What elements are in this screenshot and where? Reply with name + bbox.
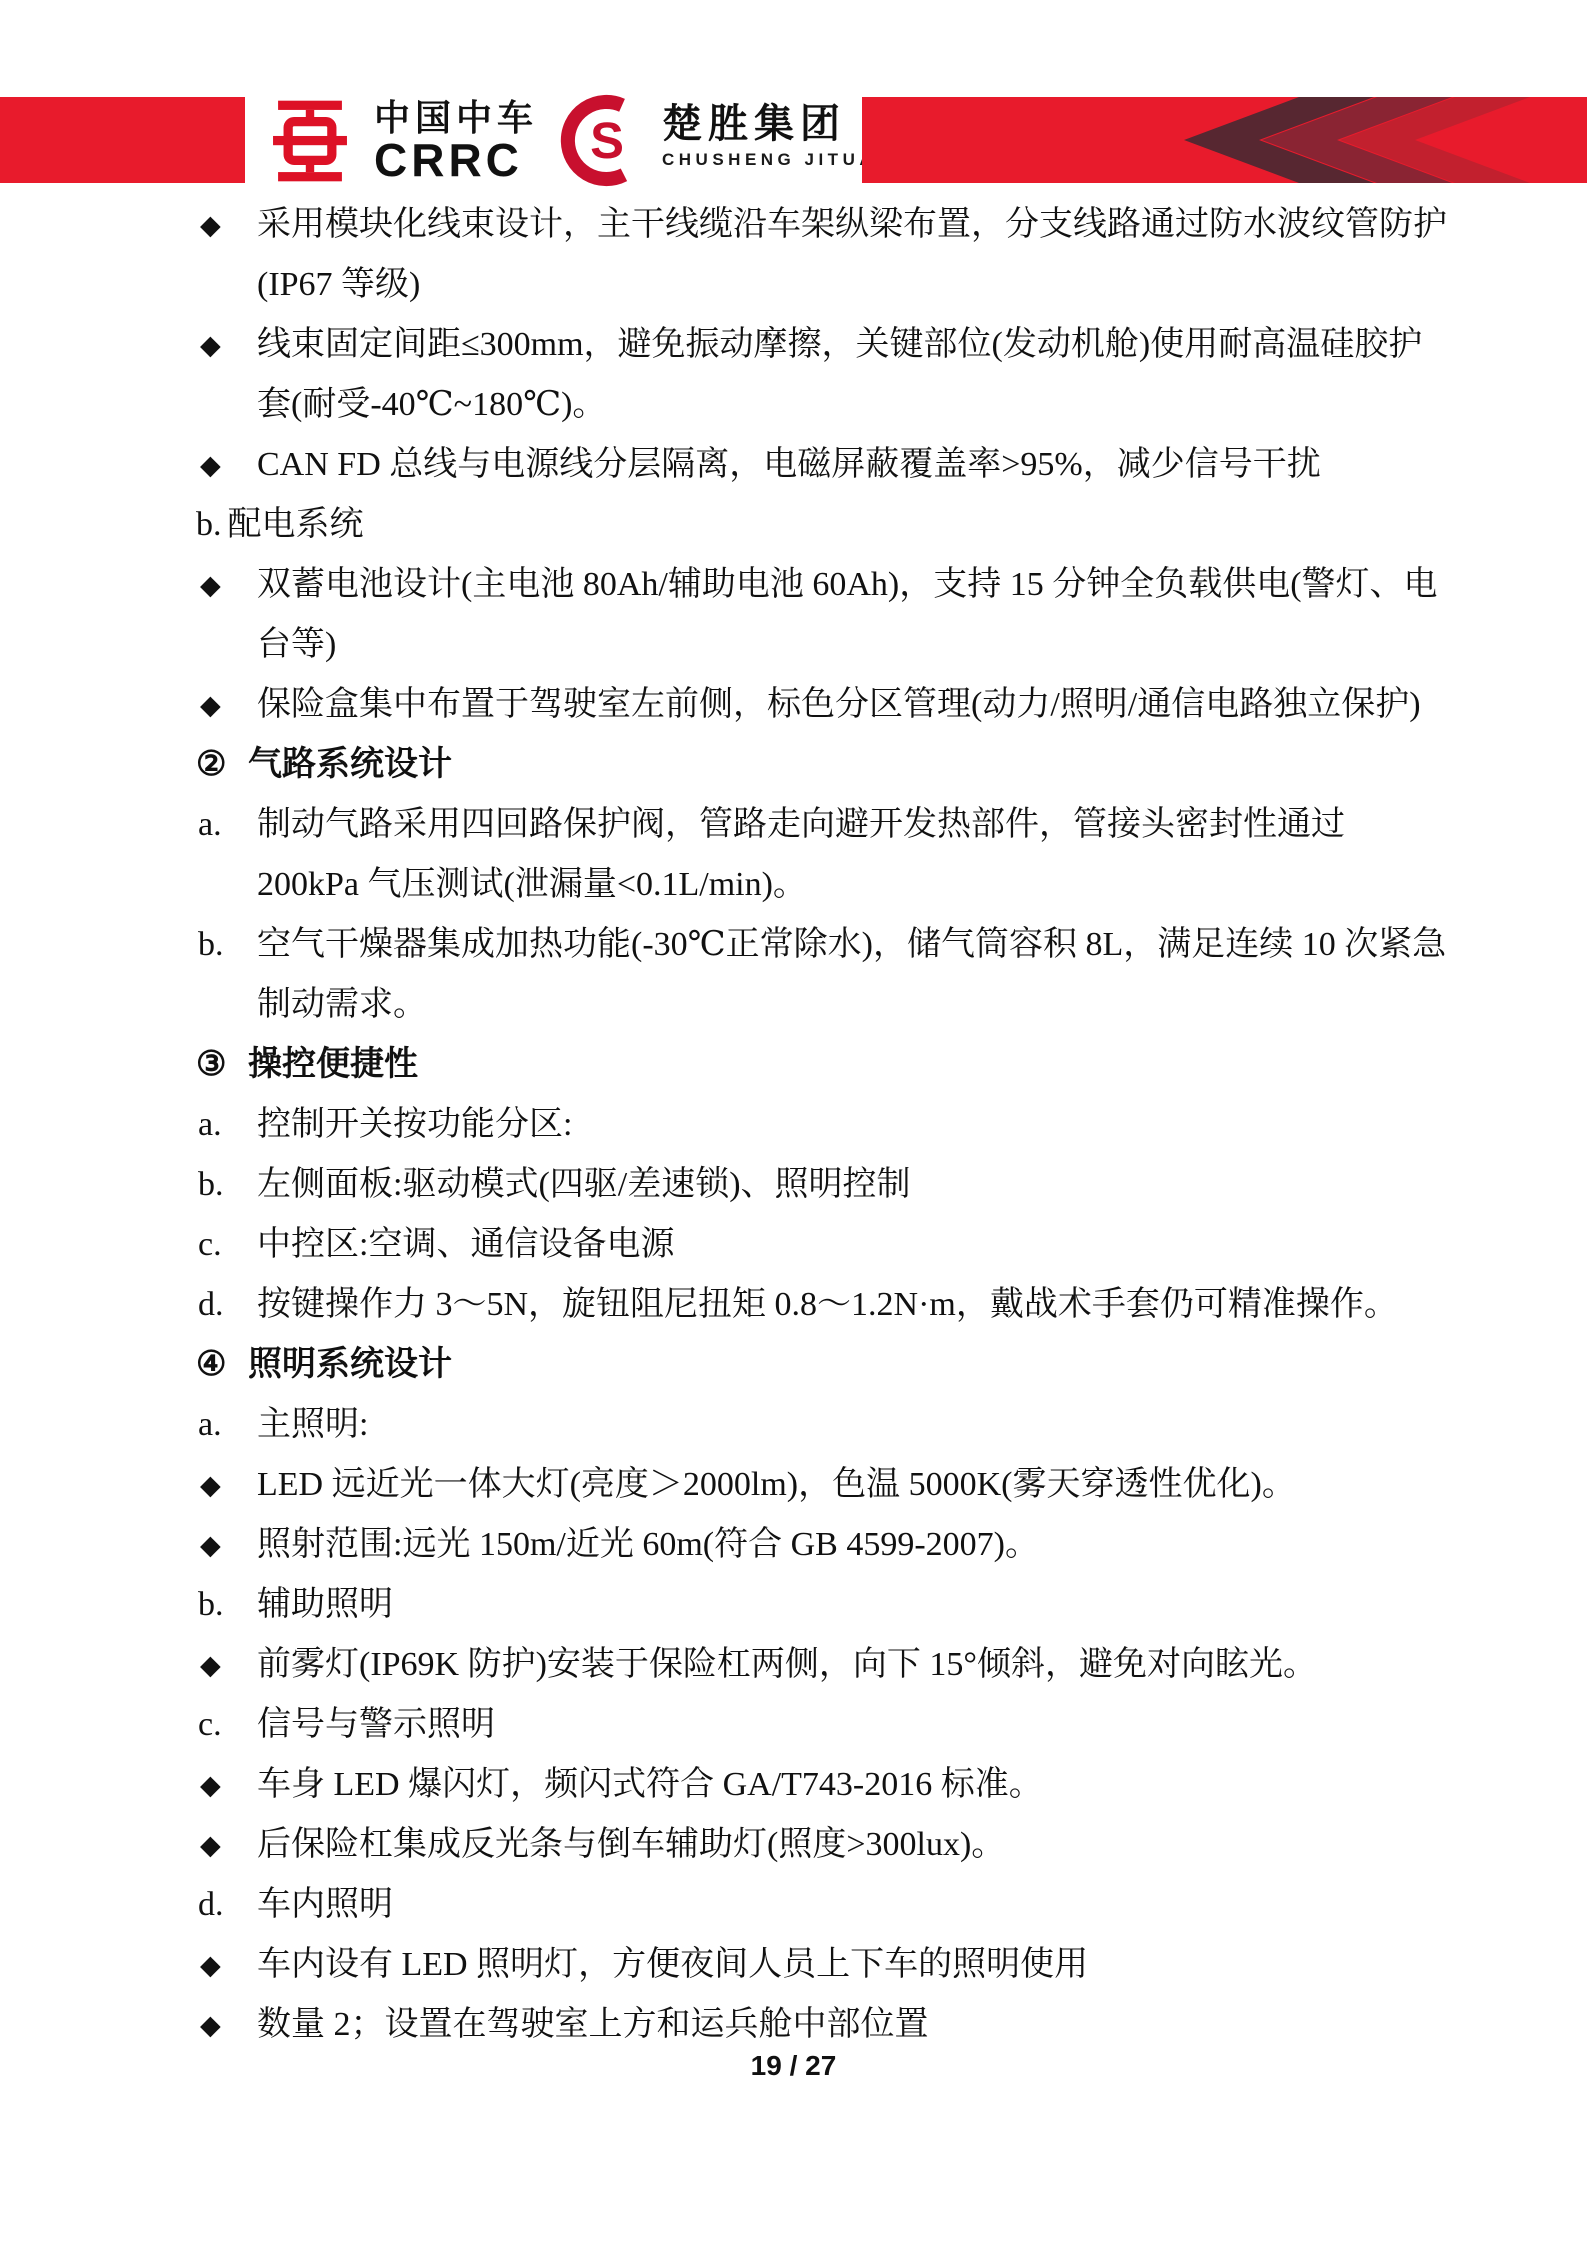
diamond-bullet-icon: ◆ — [200, 1515, 221, 1575]
item-text: 车内照明 — [257, 1886, 393, 1923]
item-marker: ③ — [196, 1035, 226, 1095]
item-text: 中控区:空调、通信设备电源 — [257, 1226, 674, 1263]
item-marker: c. — [198, 1695, 222, 1755]
body-item-letter: b.辅助照明 — [140, 1575, 1447, 1635]
crrc-name-cn: 中国中车 — [374, 98, 538, 138]
diamond-bullet-icon: ◆ — [200, 195, 221, 255]
item-text: 数量 2；设置在驾驶室上方和运兵舱中部位置 — [257, 2006, 929, 2043]
item-text: 制动气路采用四回路保护阀，管路走向避开发热部件，管接头密封性通过 200kPa … — [257, 806, 1345, 903]
body-item-letter: b.左侧面板:驱动模式(四驱/差速锁)、照明控制 — [140, 1155, 1447, 1215]
item-marker: b. — [198, 1155, 224, 1215]
diamond-bullet-icon: ◆ — [200, 1635, 221, 1695]
body-item-bullet: ◆车身 LED 爆闪灯，频闪式符合 GA/T743-2016 标准。 — [140, 1755, 1447, 1815]
item-text: 双蓄电池设计(主电池 80Ah/辅助电池 60Ah)，支持 15 分钟全负载供电… — [257, 566, 1438, 663]
item-text: 车内设有 LED 照明灯，方便夜间人员上下车的照明使用 — [257, 1946, 1088, 1983]
item-text: 按键操作力 3～5N，旋钮阻尼扭矩 0.8～1.2N·m，戴战术手套仍可精准操作… — [257, 1286, 1398, 1323]
body-item-bullet: ◆CAN FD 总线与电源线分层隔离，电磁屏蔽覆盖率>95%，减少信号干扰 — [140, 435, 1447, 495]
item-marker: a. — [198, 1395, 222, 1455]
chusheng-logo-icon: S — [560, 94, 654, 188]
item-text: CAN FD 总线与电源线分层隔离，电磁屏蔽覆盖率>95%，减少信号干扰 — [257, 446, 1321, 483]
item-marker: c. — [198, 1215, 222, 1275]
item-text: 空气干燥器集成加热功能(-30℃正常除水)，储气筒容积 8L，满足连续 10 次… — [257, 926, 1446, 1023]
body-item-letter: c.信号与警示照明 — [140, 1695, 1447, 1755]
item-text: 前雾灯(IP69K 防护)安装于保险杠两侧，向下 15°倾斜，避免对向眩光。 — [257, 1646, 1317, 1683]
item-text: 照射范围:远光 150m/近光 60m(符合 GB 4599-2007)。 — [257, 1526, 1039, 1563]
body-item-bullet: ◆线束固定间距≤300mm，避免振动摩擦，关键部位(发动机舱)使用耐高温硅胶护套… — [140, 315, 1447, 435]
item-text: 气路系统设计 — [248, 746, 452, 783]
body-item-heading: ④照明系统设计 — [140, 1335, 1447, 1395]
item-text: 操控便捷性 — [248, 1046, 418, 1083]
diamond-bullet-icon: ◆ — [200, 675, 221, 735]
body-item-letter: d.按键操作力 3～5N，旋钮阻尼扭矩 0.8～1.2N·m，戴战术手套仍可精准… — [140, 1275, 1447, 1335]
item-marker: a. — [198, 795, 222, 855]
body-item-letter-tight: b.配电系统 — [140, 495, 1447, 555]
item-marker: d. — [198, 1875, 224, 1935]
item-text: 保险盒集中布置于驾驶室左前侧，标色分区管理(动力/照明/通信电路独立保护) — [257, 686, 1421, 723]
body-item-bullet: ◆前雾灯(IP69K 防护)安装于保险杠两侧，向下 15°倾斜，避免对向眩光。 — [140, 1635, 1447, 1695]
body-item-letter: d.车内照明 — [140, 1875, 1447, 1935]
body-item-heading: ③操控便捷性 — [140, 1035, 1447, 1095]
item-text: 采用模块化线束设计，主干线缆沿车架纵梁布置，分支线路通过防水波纹管防护(IP67… — [257, 206, 1447, 303]
item-text: 线束固定间距≤300mm，避免振动摩擦，关键部位(发动机舱)使用耐高温硅胶护套(… — [257, 326, 1422, 423]
diamond-bullet-icon: ◆ — [200, 1455, 221, 1515]
item-marker: ④ — [196, 1335, 226, 1395]
body-item-bullet: ◆后保险杠集成反光条与倒车辅助灯(照度>300lux)。 — [140, 1815, 1447, 1875]
item-text: LED 远近光一体大灯(亮度＞2000lm)，色温 5000K(雾天穿透性优化)… — [257, 1466, 1296, 1503]
body-item-heading: ②气路系统设计 — [140, 735, 1447, 795]
chusheng-name-cn: 楚胜集团 — [662, 102, 893, 146]
diamond-bullet-icon: ◆ — [200, 315, 221, 375]
document-body: ◆采用模块化线束设计，主干线缆沿车架纵梁布置，分支线路通过防水波纹管防护(IP6… — [140, 195, 1447, 2055]
crrc-logo-icon — [268, 99, 352, 183]
page-number: 19 / 27 — [0, 2046, 1587, 2086]
body-item-letter: b.空气干燥器集成加热功能(-30℃正常除水)，储气筒容积 8L，满足连续 10… — [140, 915, 1447, 1035]
item-text: 左侧面板:驱动模式(四驱/差速锁)、照明控制 — [257, 1166, 911, 1203]
body-item-bullet: ◆采用模块化线束设计，主干线缆沿车架纵梁布置，分支线路通过防水波纹管防护(IP6… — [140, 195, 1447, 315]
item-text: 信号与警示照明 — [257, 1706, 495, 1743]
chusheng-name-en: CHUSHENG JITUAN — [662, 146, 893, 174]
diamond-bullet-icon: ◆ — [200, 1935, 221, 1995]
diamond-bullet-icon: ◆ — [200, 555, 221, 615]
body-item-letter: c.中控区:空调、通信设备电源 — [140, 1215, 1447, 1275]
body-item-bullet: ◆照射范围:远光 150m/近光 60m(符合 GB 4599-2007)。 — [140, 1515, 1447, 1575]
item-text: 主照明: — [257, 1406, 368, 1443]
item-text: 车身 LED 爆闪灯，频闪式符合 GA/T743-2016 标准。 — [257, 1766, 1043, 1803]
item-marker: b. — [196, 506, 222, 543]
item-marker: d. — [198, 1275, 224, 1335]
body-item-bullet: ◆保险盒集中布置于驾驶室左前侧，标色分区管理(动力/照明/通信电路独立保护) — [140, 675, 1447, 735]
item-marker: b. — [198, 915, 224, 975]
item-marker: a. — [198, 1095, 222, 1155]
header-red-band-right — [862, 97, 1587, 183]
item-marker: b. — [198, 1575, 224, 1635]
diamond-bullet-icon: ◆ — [200, 435, 221, 495]
item-text: 辅助照明 — [257, 1586, 393, 1623]
crrc-logo-text: 中国中车 CRRC — [374, 98, 538, 182]
item-text: 控制开关按功能分区: — [257, 1106, 572, 1143]
chusheng-s: S — [590, 112, 624, 169]
body-item-letter: a.制动气路采用四回路保护阀，管路走向避开发热部件，管接头密封性通过 200kP… — [140, 795, 1447, 915]
body-item-letter: a.控制开关按功能分区: — [140, 1095, 1447, 1155]
body-item-letter: a.主照明: — [140, 1395, 1447, 1455]
document-page: { "colors": { "band_red": "#E81B2C", "ch… — [0, 0, 1587, 2245]
body-item-bullet: ◆LED 远近光一体大灯(亮度＞2000lm)，色温 5000K(雾天穿透性优化… — [140, 1455, 1447, 1515]
crrc-name-en: CRRC — [374, 138, 538, 182]
item-text: 照明系统设计 — [248, 1346, 452, 1383]
body-item-bullet: ◆双蓄电池设计(主电池 80Ah/辅助电池 60Ah)，支持 15 分钟全负载供… — [140, 555, 1447, 675]
body-item-bullet: ◆车内设有 LED 照明灯，方便夜间人员上下车的照明使用 — [140, 1935, 1447, 1995]
item-marker: ② — [196, 735, 226, 795]
header-red-block-left — [0, 97, 245, 183]
diamond-bullet-icon: ◆ — [200, 1815, 221, 1875]
chusheng-logo-text: 楚胜集团 CHUSHENG JITUAN — [662, 102, 893, 174]
item-text: 后保险杠集成反光条与倒车辅助灯(照度>300lux)。 — [257, 1826, 1005, 1863]
diamond-bullet-icon: ◆ — [200, 1755, 221, 1815]
item-text: 配电系统 — [228, 506, 364, 543]
